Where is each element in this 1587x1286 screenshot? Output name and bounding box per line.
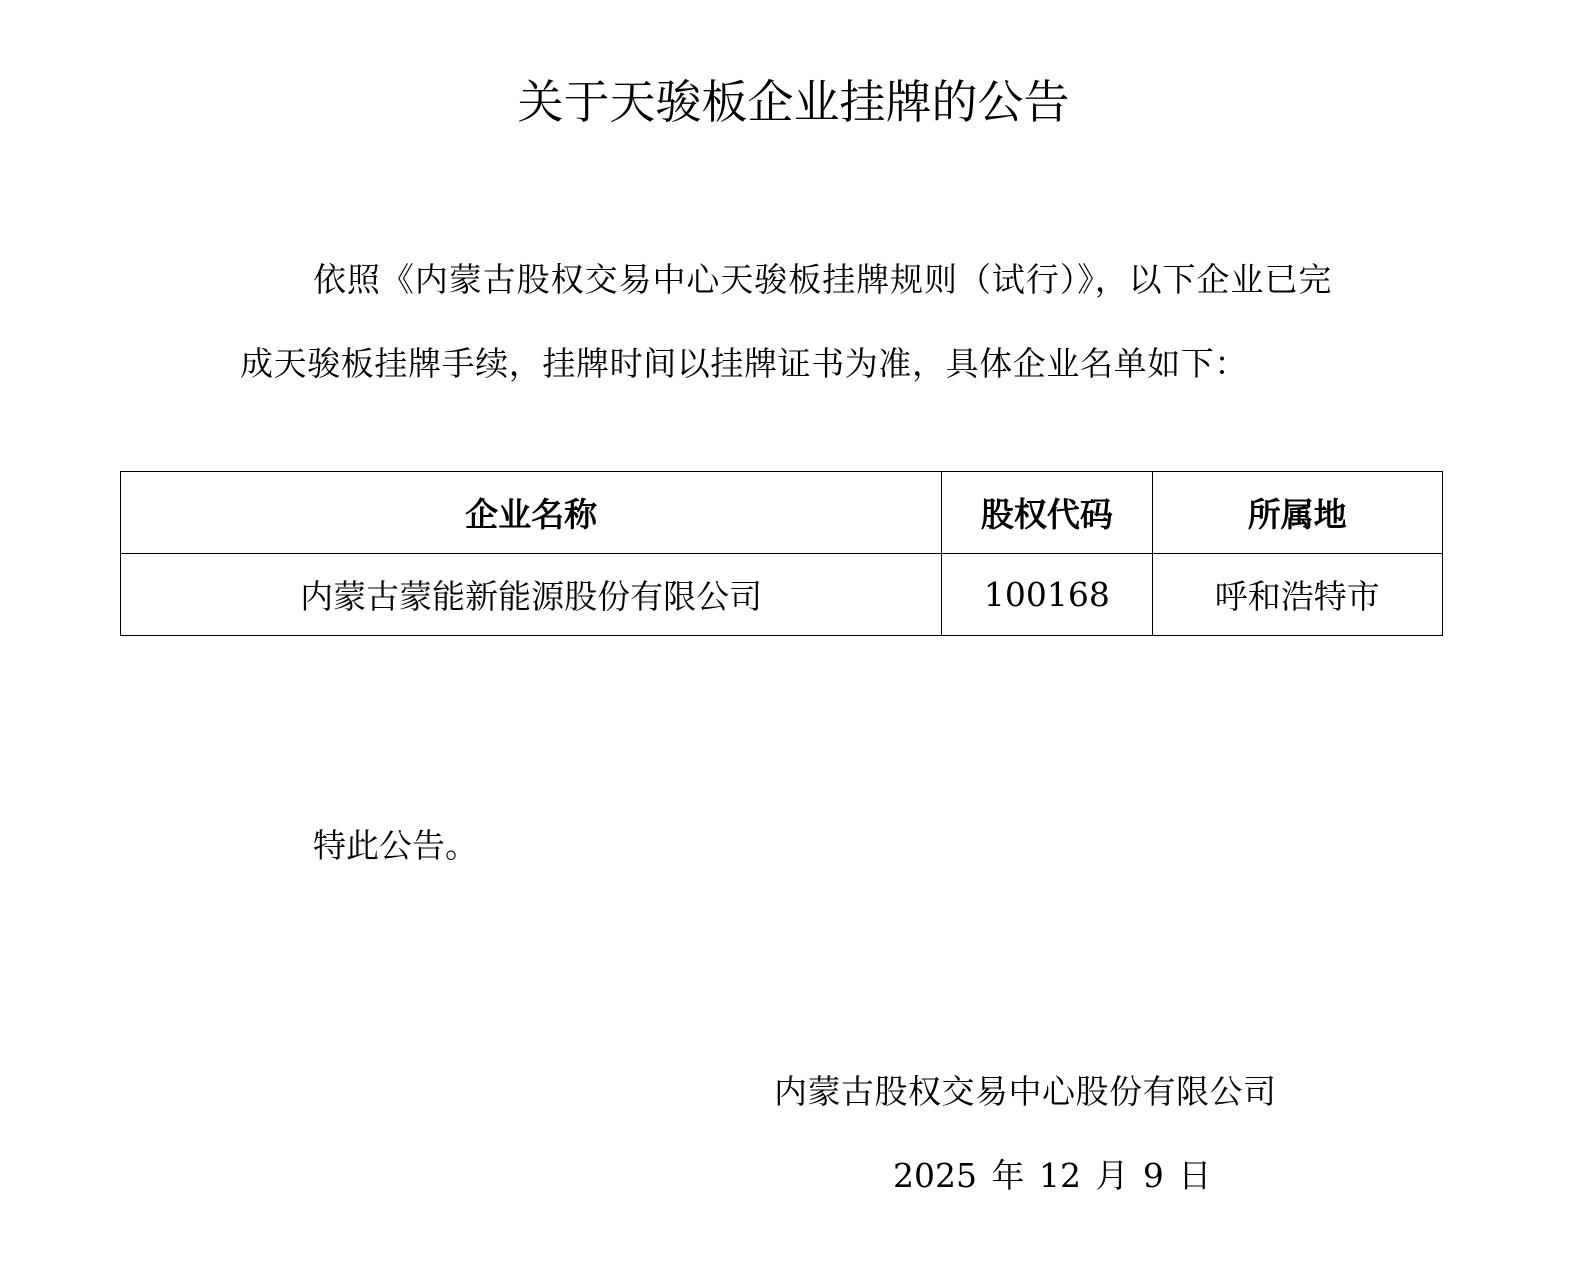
company-list-table: 企业名称 股权代码 所属地 内蒙古蒙能新能源股份有限公司 100168 呼和浩特… <box>120 471 1443 636</box>
document-title: 关于天骏板企业挂牌的公告 <box>0 72 1587 132</box>
body-paragraph: 依照《内蒙古股权交易中心天骏板挂牌规则（试行）》，以下企业已完成天骏板挂牌手续，… <box>240 238 1332 406</box>
cell-company-name: 内蒙古蒙能新能源股份有限公司 <box>121 554 942 636</box>
header-equity-code: 股权代码 <box>942 472 1152 554</box>
table-header-row: 企业名称 股权代码 所属地 <box>121 472 1443 554</box>
cell-equity-code: 100168 <box>942 554 1152 636</box>
table-row: 内蒙古蒙能新能源股份有限公司 100168 呼和浩特市 <box>121 554 1443 636</box>
cell-location: 呼和浩特市 <box>1152 554 1442 636</box>
closing-statement: 特此公告。 <box>313 820 478 872</box>
signature-organization: 内蒙古股权交易中心股份有限公司 <box>774 1066 1277 1118</box>
header-company-name: 企业名称 <box>121 472 942 554</box>
header-location: 所属地 <box>1152 472 1442 554</box>
signature-date: 2025 年 12 月 9 日 <box>893 1150 1211 1202</box>
